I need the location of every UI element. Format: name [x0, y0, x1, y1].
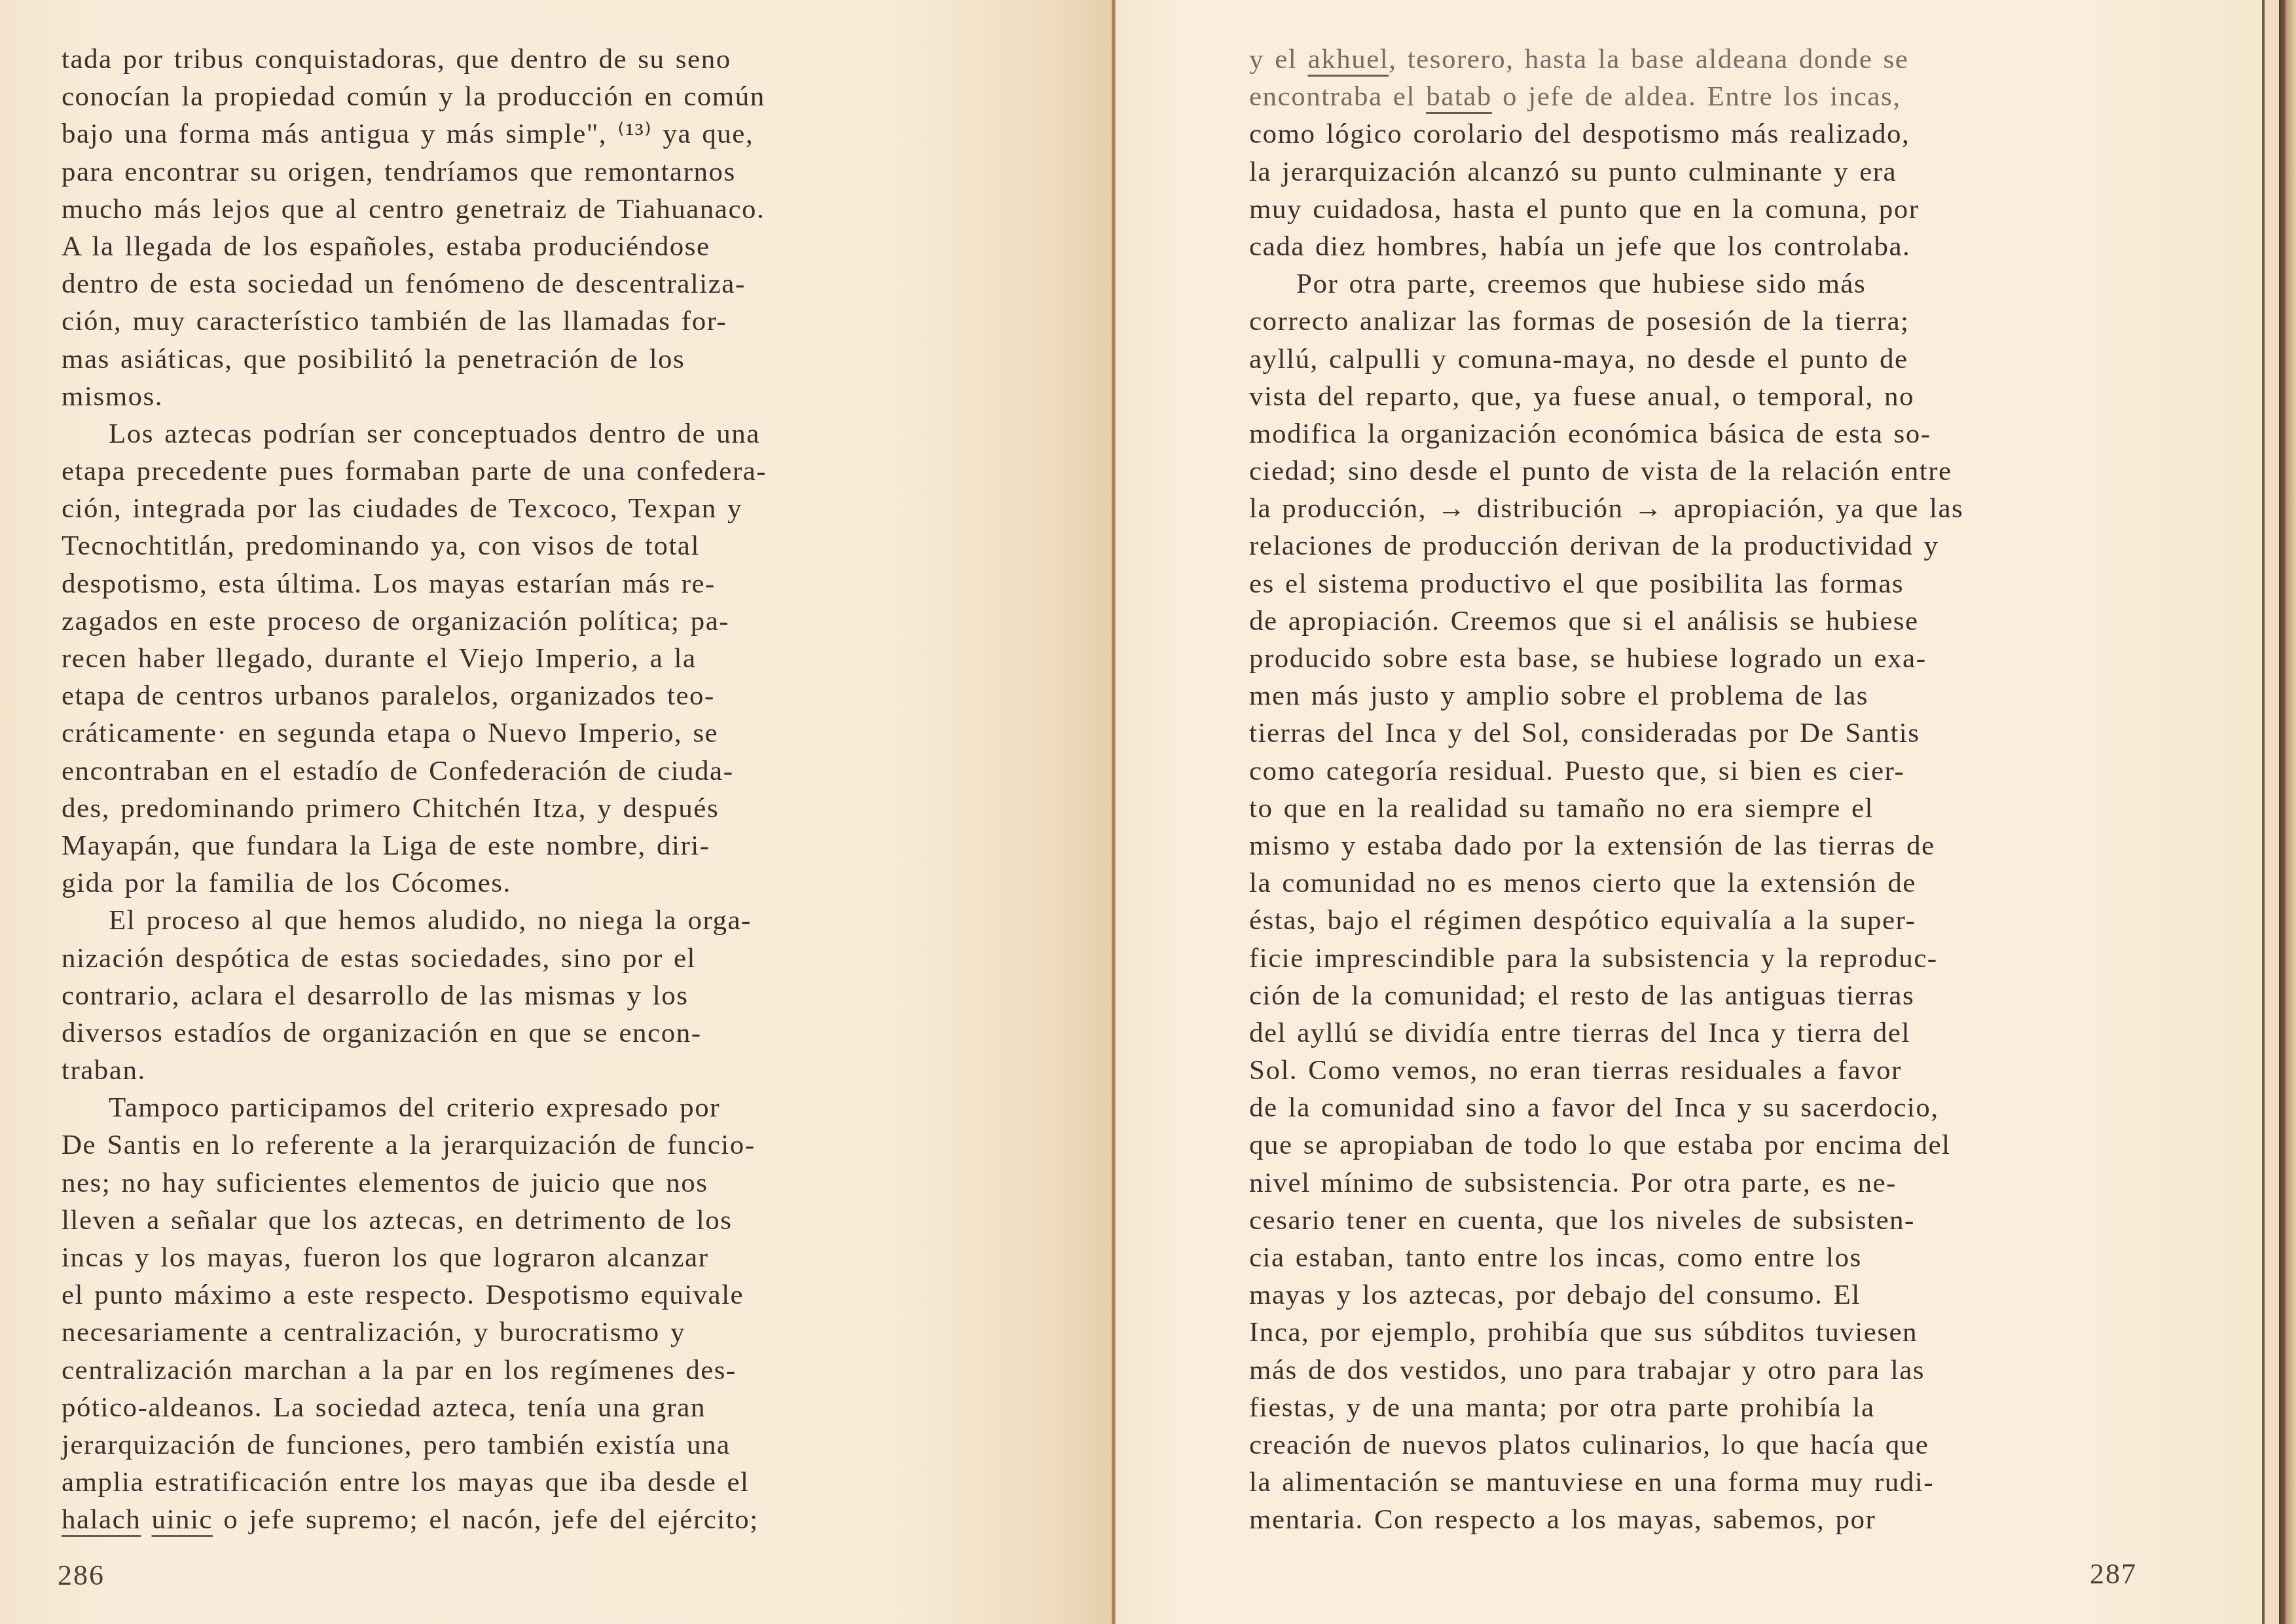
- text-line: men más justo y amplio sobre el problema…: [1249, 677, 2212, 714]
- text-fragment: y el: [1249, 44, 1308, 75]
- text-line: traban.: [62, 1052, 1017, 1089]
- text-line: mayas y los aztecas, por debajo del cons…: [1249, 1276, 2212, 1314]
- underlined-term: uinic: [151, 1504, 212, 1535]
- text-line: como categoría residual. Puesto que, si …: [1249, 752, 2212, 790]
- text-line: dentro de esta sociedad un fenómeno de d…: [62, 265, 1017, 303]
- text-line: éstas, bajo el régimen despótico equival…: [1249, 902, 2212, 939]
- text-line: relaciones de producción derivan de la p…: [1249, 527, 2212, 564]
- text-line: cia estaban, tanto entre los incas, como…: [1249, 1239, 2212, 1276]
- text-line: despotismo, esta última. Los mayas estar…: [62, 565, 1017, 602]
- text-line: la jerarquización alcanzó su punto culmi…: [1249, 153, 2212, 191]
- text-line: la producción, → distribución → apropiac…: [1249, 490, 2212, 527]
- text-line: para encontrar su origen, tendríamos que…: [62, 153, 1017, 191]
- text-line: nización despótica de estas sociedades, …: [62, 940, 1017, 977]
- text-fragment: o jefe de aldea. Entre los incas,: [1492, 81, 1901, 112]
- text-line: la comunidad no es menos cierto que la e…: [1249, 864, 2212, 902]
- text-line: lleven a señalar que los aztecas, en det…: [62, 1202, 1017, 1239]
- text-line: ciedad; sino desde el punto de vista de …: [1249, 452, 2212, 490]
- text-line: to que en la realidad su tamaño no era s…: [1249, 790, 2212, 827]
- page-edge-gap: [2265, 0, 2279, 1624]
- text-line: ción de la comunidad; el resto de las an…: [1249, 977, 2212, 1014]
- text-line: ción, muy característico también de las …: [62, 303, 1017, 340]
- text-line-with-term: encontraba el batab o jefe de aldea. Ent…: [1249, 78, 2212, 115]
- text-line: la alimentación se mantuviese en una for…: [1249, 1464, 2212, 1501]
- right-page: y el akhuel, tesorero, hasta la base ald…: [1114, 0, 2267, 1624]
- text-line: amplia estratificación entre los mayas q…: [62, 1464, 1017, 1501]
- text-line: diversos estadíos de organización en que…: [62, 1014, 1017, 1052]
- text-line: Mayapán, que fundara la Liga de este nom…: [62, 827, 1017, 864]
- text-line: Inca, por ejemplo, prohibía que sus súbd…: [1249, 1314, 2212, 1351]
- text-line: De Santis en lo referente a la jerarquiz…: [62, 1126, 1017, 1164]
- text-line: cráticamente· en segunda etapa o Nuevo I…: [62, 714, 1017, 752]
- left-page-number: 286: [58, 1559, 105, 1592]
- text-line: mas asiáticas, que posibilitó la penetra…: [62, 341, 1017, 378]
- text-line: tada por tribus conquistadoras, que dent…: [62, 41, 1017, 78]
- text-line: etapa de centros urbanos paralelos, orga…: [62, 677, 1017, 714]
- left-page: tada por tribus conquistadoras, que dent…: [0, 0, 1114, 1624]
- text-line: El proceso al que hemos aludido, no nieg…: [62, 902, 1017, 939]
- underlined-term: batab: [1426, 81, 1492, 112]
- text-line: creación de nuevos platos culinarios, lo…: [1249, 1426, 2212, 1464]
- text-line-with-term: y el akhuel, tesorero, hasta la base ald…: [1249, 41, 2212, 78]
- text-line: fiestas, y de una manta; por otra parte …: [1249, 1389, 2212, 1426]
- text-line: es el sistema productivo el que posibili…: [1249, 565, 2212, 602]
- text-line: de apropiación. Creemos que si el anális…: [1249, 602, 2212, 640]
- text-line: jerarquización de funciones, pero tambié…: [62, 1426, 1017, 1464]
- text-fragment: encontraba el: [1249, 81, 1426, 112]
- text-fragment: , tesorero, hasta la base aldeana donde …: [1389, 44, 1908, 75]
- text-line: muy cuidadosa, hasta el punto que en la …: [1249, 191, 2212, 228]
- text-line: más de dos vestidos, uno para trabajar y…: [1249, 1352, 2212, 1389]
- text-line: Tampoco participamos del criterio expres…: [62, 1089, 1017, 1126]
- right-page-text: y el akhuel, tesorero, hasta la base ald…: [1249, 41, 2212, 1539]
- text-line: mentaria. Con respecto a los mayas, sabe…: [1249, 1501, 2212, 1538]
- text-line: centralización marchan a la par en los r…: [62, 1352, 1017, 1389]
- text-line: etapa precedente pues formaban parte de …: [62, 452, 1017, 490]
- text-line: como lógico corolario del despotismo más…: [1249, 115, 2212, 153]
- text-line: conocían la propiedad común y la producc…: [62, 78, 1017, 115]
- text-line: mismo y estaba dado por la extensión de …: [1249, 827, 2212, 864]
- text-line: Los aztecas podrían ser conceptuados den…: [62, 415, 1017, 452]
- left-page-text: tada por tribus conquistadoras, que dent…: [62, 41, 1017, 1539]
- text-line: que se apropiaban de todo lo que estaba …: [1249, 1126, 2212, 1164]
- text-line: producido sobre esta base, se hubiese lo…: [1249, 640, 2212, 677]
- text-line: contrario, aclara el desarrollo de las m…: [62, 977, 1017, 1014]
- text-line: cesario tener en cuenta, que los niveles…: [1249, 1202, 2212, 1239]
- text-line: vista del reparto, que, ya fuese anual, …: [1249, 378, 2212, 415]
- book-spread: tada por tribus conquistadoras, que dent…: [0, 0, 2296, 1624]
- text-line: cada diez hombres, había un jefe que los…: [1249, 228, 2212, 265]
- text-line: ayllú, calpulli y comuna-maya, no desde …: [1249, 341, 2212, 378]
- text-line: des, predominando primero Chitchén Itza,…: [62, 790, 1017, 827]
- text-line: del ayllú se dividía entre tierras del I…: [1249, 1014, 2212, 1052]
- text-line: modifica la organización económica básic…: [1249, 415, 2212, 452]
- right-page-number: 287: [2090, 1557, 2137, 1591]
- text-line: zagados en este proceso de organización …: [62, 602, 1017, 640]
- text-line: pótico-aldeanos. La sociedad azteca, ten…: [62, 1389, 1017, 1426]
- text-line: encontraban en el estadío de Confederaci…: [62, 752, 1017, 790]
- text-line-with-terms: halach uinic o jefe supremo; el nacón, j…: [62, 1501, 1017, 1538]
- text-line: mismos.: [62, 378, 1017, 415]
- text-line: tierras del Inca y del Sol, consideradas…: [1249, 714, 2212, 752]
- text-line: incas y los mayas, fueron los que lograr…: [62, 1239, 1017, 1276]
- text-line: correcto analizar las formas de posesión…: [1249, 303, 2212, 340]
- book-cover-edge: [2279, 0, 2286, 1624]
- underlined-term: akhuel: [1308, 44, 1389, 75]
- text-line: de la comunidad sino a favor del Inca y …: [1249, 1089, 2212, 1126]
- text-line: nes; no hay suficientes elementos de jui…: [62, 1164, 1017, 1202]
- text-line: recen haber llegado, durante el Viejo Im…: [62, 640, 1017, 677]
- text-line: Sol. Como vemos, no eran tierras residua…: [1249, 1052, 2212, 1089]
- underlined-term: halach: [62, 1504, 141, 1535]
- text-line: Por otra parte, creemos que hubiese sido…: [1249, 265, 2212, 303]
- text-line: nivel mínimo de subsistencia. Por otra p…: [1249, 1164, 2212, 1202]
- text-line: bajo una forma más antigua y más simple"…: [62, 115, 1017, 153]
- book-spine: [1112, 0, 1116, 1624]
- text-line: ficie imprescindible para la subsistenci…: [1249, 940, 2212, 977]
- text-line: el punto máximo a este respecto. Despoti…: [62, 1276, 1017, 1314]
- text-line: mucho más lejos que al centro genetraiz …: [62, 191, 1017, 228]
- text-line: gida por la familia de los Cócomes.: [62, 864, 1017, 902]
- text-line: Tecnochtitlán, predominando ya, con viso…: [62, 527, 1017, 564]
- text-line: ción, integrada por las ciudades de Texc…: [62, 490, 1017, 527]
- text-line: necesariamente a centralización, y buroc…: [62, 1314, 1017, 1351]
- text-line: A la llegada de los españoles, estaba pr…: [62, 228, 1017, 265]
- text-fragment: o jefe supremo; el nacón, jefe del ejérc…: [213, 1504, 759, 1535]
- book-cover-edge-outer: [2286, 0, 2296, 1624]
